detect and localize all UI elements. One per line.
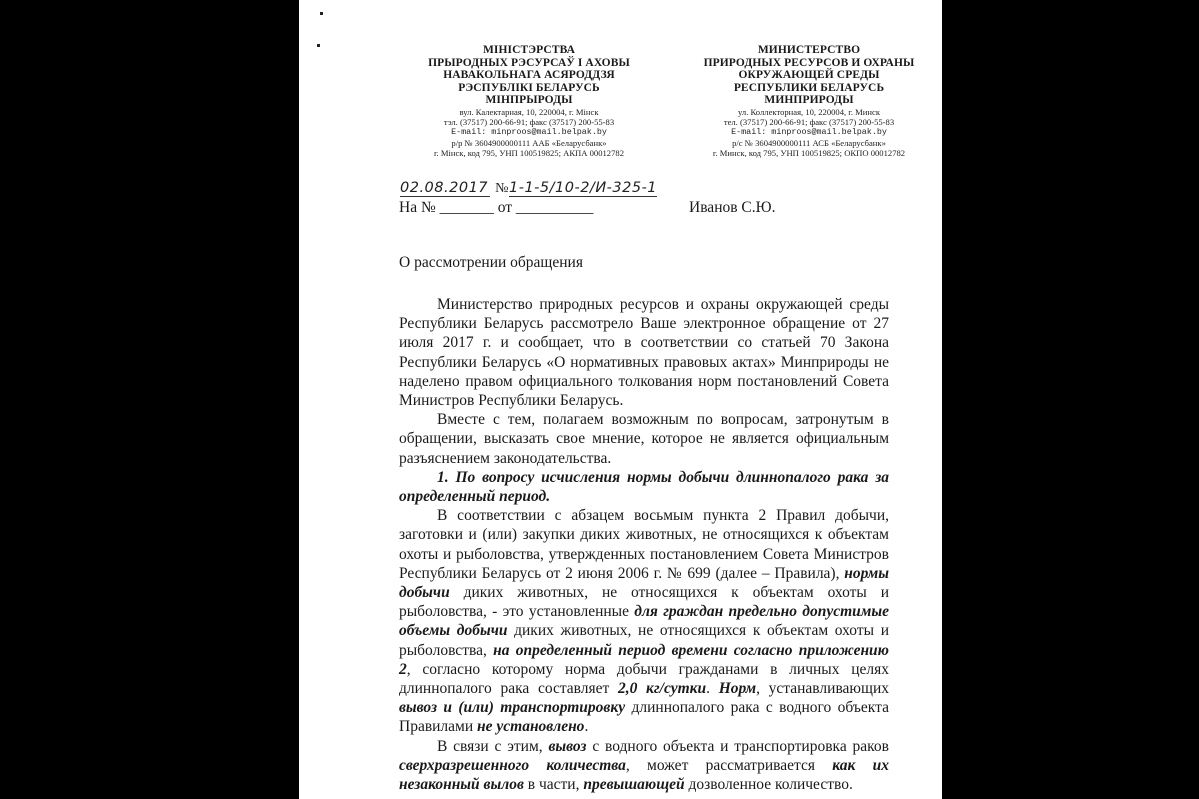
text: с водного объекта и транспортировка рако… bbox=[586, 738, 889, 755]
letterhead-belarusian: МІНІСТЭРСТВА ПРЫРОДНЫХ РЭСУРСАЎ І АХОВЫ … bbox=[379, 44, 679, 159]
org-registry: г. Мінск, код 795, УНП 100519825; АКПА 0… bbox=[379, 148, 679, 158]
registration-stamp: 02.08.2017 №1-1-5/10-2/И-325-1 bbox=[400, 180, 657, 197]
text: В соответствии с абзацем восьмым пункта … bbox=[399, 507, 889, 582]
emphasis: превышающей bbox=[583, 776, 684, 793]
emphasis: сверхразрешенного количества bbox=[399, 757, 626, 774]
paragraph: В соответствии с абзацем восьмым пункта … bbox=[399, 506, 889, 736]
paragraph: В связи с этим, вывоз с водного объекта … bbox=[399, 737, 889, 795]
org-registry: г. Минск, код 795, УНП 100519825; ОКПО 0… bbox=[679, 148, 939, 158]
paragraph: Вместе с тем, полагаем возможным по вопр… bbox=[399, 410, 889, 468]
org-account: р/р № 3604900000111 ААБ «Беларусбанк» bbox=[379, 138, 679, 148]
org-name-line: ОКРУЖАЮЩЕЙ СРЕДЫ bbox=[679, 69, 939, 82]
org-account: р/с № 3604900000111 АСБ «Беларусбанк» bbox=[679, 138, 939, 148]
org-name-line: РЭСПУБЛІКІ БЕЛАРУСЬ bbox=[379, 82, 679, 95]
org-name-line: ПРЫРОДНЫХ РЭСУРСАЎ І АХОВЫ bbox=[379, 57, 679, 70]
document-page: МІНІСТЭРСТВА ПРЫРОДНЫХ РЭСУРСАЎ І АХОВЫ … bbox=[299, 0, 942, 799]
letterhead-russian: МИНИСТЕРСТВО ПРИРОДНЫХ РЕСУРСОВ И ОХРАНЫ… bbox=[679, 44, 939, 159]
org-email: E-mail: minproos@mail.belpak.by bbox=[679, 127, 939, 137]
reference-line: На № _______ от __________ bbox=[399, 199, 593, 217]
emphasis: 2,0 кг/сутки bbox=[618, 680, 706, 697]
org-name-line: МІНПРЫРОДЫ bbox=[379, 94, 679, 107]
emphasis: вывоз и (или) транспортировку bbox=[399, 699, 625, 716]
registration-number: 1-1-5/10-2/И-325-1 bbox=[509, 180, 657, 197]
emphasis: Норм bbox=[719, 680, 756, 697]
paragraph: Министерство природных ресурсов и охраны… bbox=[399, 295, 889, 410]
org-email: E-mail: minproos@mail.belpak.by bbox=[379, 127, 679, 137]
org-address: ул. Коллекторная, 10, 220004, г. Минск bbox=[679, 107, 939, 117]
letter-body: Министерство природных ресурсов и охраны… bbox=[399, 295, 889, 794]
subject-line: О рассмотрении обращения bbox=[399, 254, 583, 272]
scan-artifact bbox=[320, 12, 323, 15]
text: дозволенное количество. bbox=[685, 776, 853, 793]
org-name-line: НАВАКОЛЬНАГА АСЯРОДДЗЯ bbox=[379, 69, 679, 82]
org-phone: тел. (37517) 200-66-91; факс (37517) 200… bbox=[679, 117, 939, 127]
scan-artifact bbox=[317, 44, 320, 47]
text: , устанавливающих bbox=[756, 680, 889, 697]
org-address: вул. Калектарная, 10, 220004, г. Мінск bbox=[379, 107, 679, 117]
org-name-line: МИНПРИРОДЫ bbox=[679, 94, 939, 107]
text: , может рассматривается bbox=[626, 757, 832, 774]
addressee: Иванов С.Ю. bbox=[689, 199, 775, 217]
text: в части, bbox=[524, 776, 583, 793]
org-name-line: МИНИСТЕРСТВО bbox=[679, 44, 939, 57]
org-name-line: РЕСПУБЛИКИ БЕЛАРУСЬ bbox=[679, 82, 939, 95]
registration-date: 02.08.2017 bbox=[400, 180, 490, 197]
org-name-line: ПРИРОДНЫХ РЕСУРСОВ И ОХРАНЫ bbox=[679, 57, 939, 70]
emphasis: вывоз bbox=[548, 738, 586, 755]
number-label: № bbox=[495, 181, 509, 196]
text: В связи с этим, bbox=[437, 738, 548, 755]
text: . bbox=[706, 680, 719, 697]
org-name-line: МІНІСТЭРСТВА bbox=[379, 44, 679, 57]
org-phone: тэл. (37517) 200-66-91; факс (37517) 200… bbox=[379, 117, 679, 127]
emphasis: не установлено bbox=[477, 718, 584, 735]
text: . bbox=[584, 718, 588, 735]
section-heading: 1. По вопросу исчисления нормы добычи дл… bbox=[399, 468, 889, 506]
section-heading-text: 1. По вопросу исчисления нормы добычи дл… bbox=[399, 469, 889, 505]
